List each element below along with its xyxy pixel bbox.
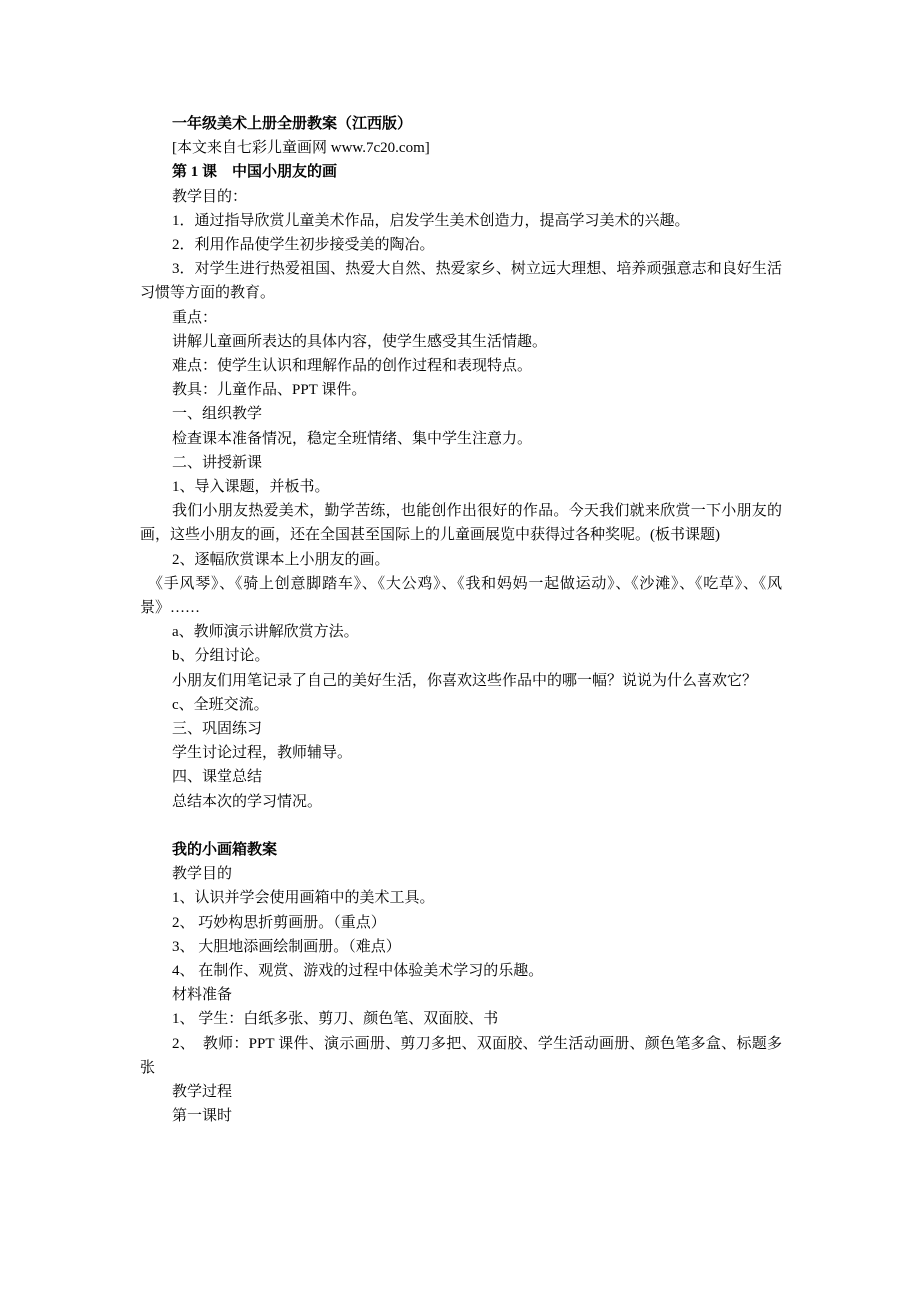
- paragraph: 三、巩固练习: [140, 717, 782, 741]
- lesson2-heading: 我的小画箱教案: [140, 838, 782, 862]
- paragraph: 难点：使学生认识和理解作品的创作过程和表现特点。: [140, 354, 782, 378]
- paragraph: 4、 在制作、观赏、游戏的过程中体验美术学习的乐趣。: [140, 959, 782, 983]
- source-note: [本文来自七彩儿童画网 www.7c20.com]: [140, 136, 782, 160]
- paragraph: 材料准备: [140, 983, 782, 1007]
- document-page: 一年级美术上册全册教案（江西版） [本文来自七彩儿童画网 www.7c20.co…: [140, 112, 782, 1128]
- paragraph: 2、逐幅欣赏课本上小朋友的画。: [140, 548, 782, 572]
- paragraph: 2、 巧妙构思折剪画册。（重点）: [140, 911, 782, 935]
- paragraph: 学生讨论过程，教师辅导。: [140, 741, 782, 765]
- paragraph: 总结本次的学习情况。: [140, 790, 782, 814]
- section-gap: [140, 814, 782, 838]
- paragraph: 《手风琴》、《骑上创意脚踏车》、《大公鸡》、《我和妈妈一起做运动》、《沙滩》、《…: [140, 572, 782, 620]
- paragraph: 重点：: [140, 306, 782, 330]
- paragraph: 1、认识并学会使用画箱中的美术工具。: [140, 886, 782, 910]
- paragraph: 教具：儿童作品、PPT 课件。: [140, 378, 782, 402]
- paragraph: 2、 教师：PPT 课件、演示画册、剪刀多把、双面胶、学生活动画册、颜色笔多盒、…: [140, 1032, 782, 1080]
- paragraph: 1．通过指导欣赏儿童美术作品，启发学生美术创造力，提高学习美术的兴趣。: [140, 209, 782, 233]
- paragraph: 3．对学生进行热爱祖国、热爱大自然、热爱家乡、树立远大理想、培养顽强意志和良好生…: [140, 257, 782, 305]
- paragraph: 小朋友们用笔记录了自己的美好生活，你喜欢这些作品中的哪一幅？说说为什么喜欢它？: [140, 669, 782, 693]
- paragraph: 教学过程: [140, 1080, 782, 1104]
- document-title: 一年级美术上册全册教案（江西版）: [140, 112, 782, 136]
- paragraph: a、教师演示讲解欣赏方法。: [140, 620, 782, 644]
- paragraph: 第一课时: [140, 1104, 782, 1128]
- paragraph: 二、讲授新课: [140, 451, 782, 475]
- paragraph: 教学目的：: [140, 185, 782, 209]
- paragraph: 2．利用作品使学生初步接受美的陶冶。: [140, 233, 782, 257]
- paragraph: 检查课本准备情况，稳定全班情绪、集中学生注意力。: [140, 427, 782, 451]
- paragraph: 一、组织教学: [140, 402, 782, 426]
- paragraph: 3、 大胆地添画绘制画册。（难点）: [140, 935, 782, 959]
- paragraph: b、分组讨论。: [140, 644, 782, 668]
- paragraph: 我们小朋友热爱美术，勤学苦练，也能创作出很好的作品。今天我们就来欣赏一下小朋友的…: [140, 499, 782, 547]
- paragraph: 教学目的: [140, 862, 782, 886]
- lesson1-heading: 第 1 课 中国小朋友的画: [140, 160, 782, 184]
- paragraph: 四、课堂总结: [140, 765, 782, 789]
- paragraph: 讲解儿童画所表达的具体内容，使学生感受其生活情趣。: [140, 330, 782, 354]
- paragraph: 1、 学生：白纸多张、剪刀、颜色笔、双面胶、书: [140, 1007, 782, 1031]
- paragraph: 1、导入课题，并板书。: [140, 475, 782, 499]
- paragraph: c、全班交流。: [140, 693, 782, 717]
